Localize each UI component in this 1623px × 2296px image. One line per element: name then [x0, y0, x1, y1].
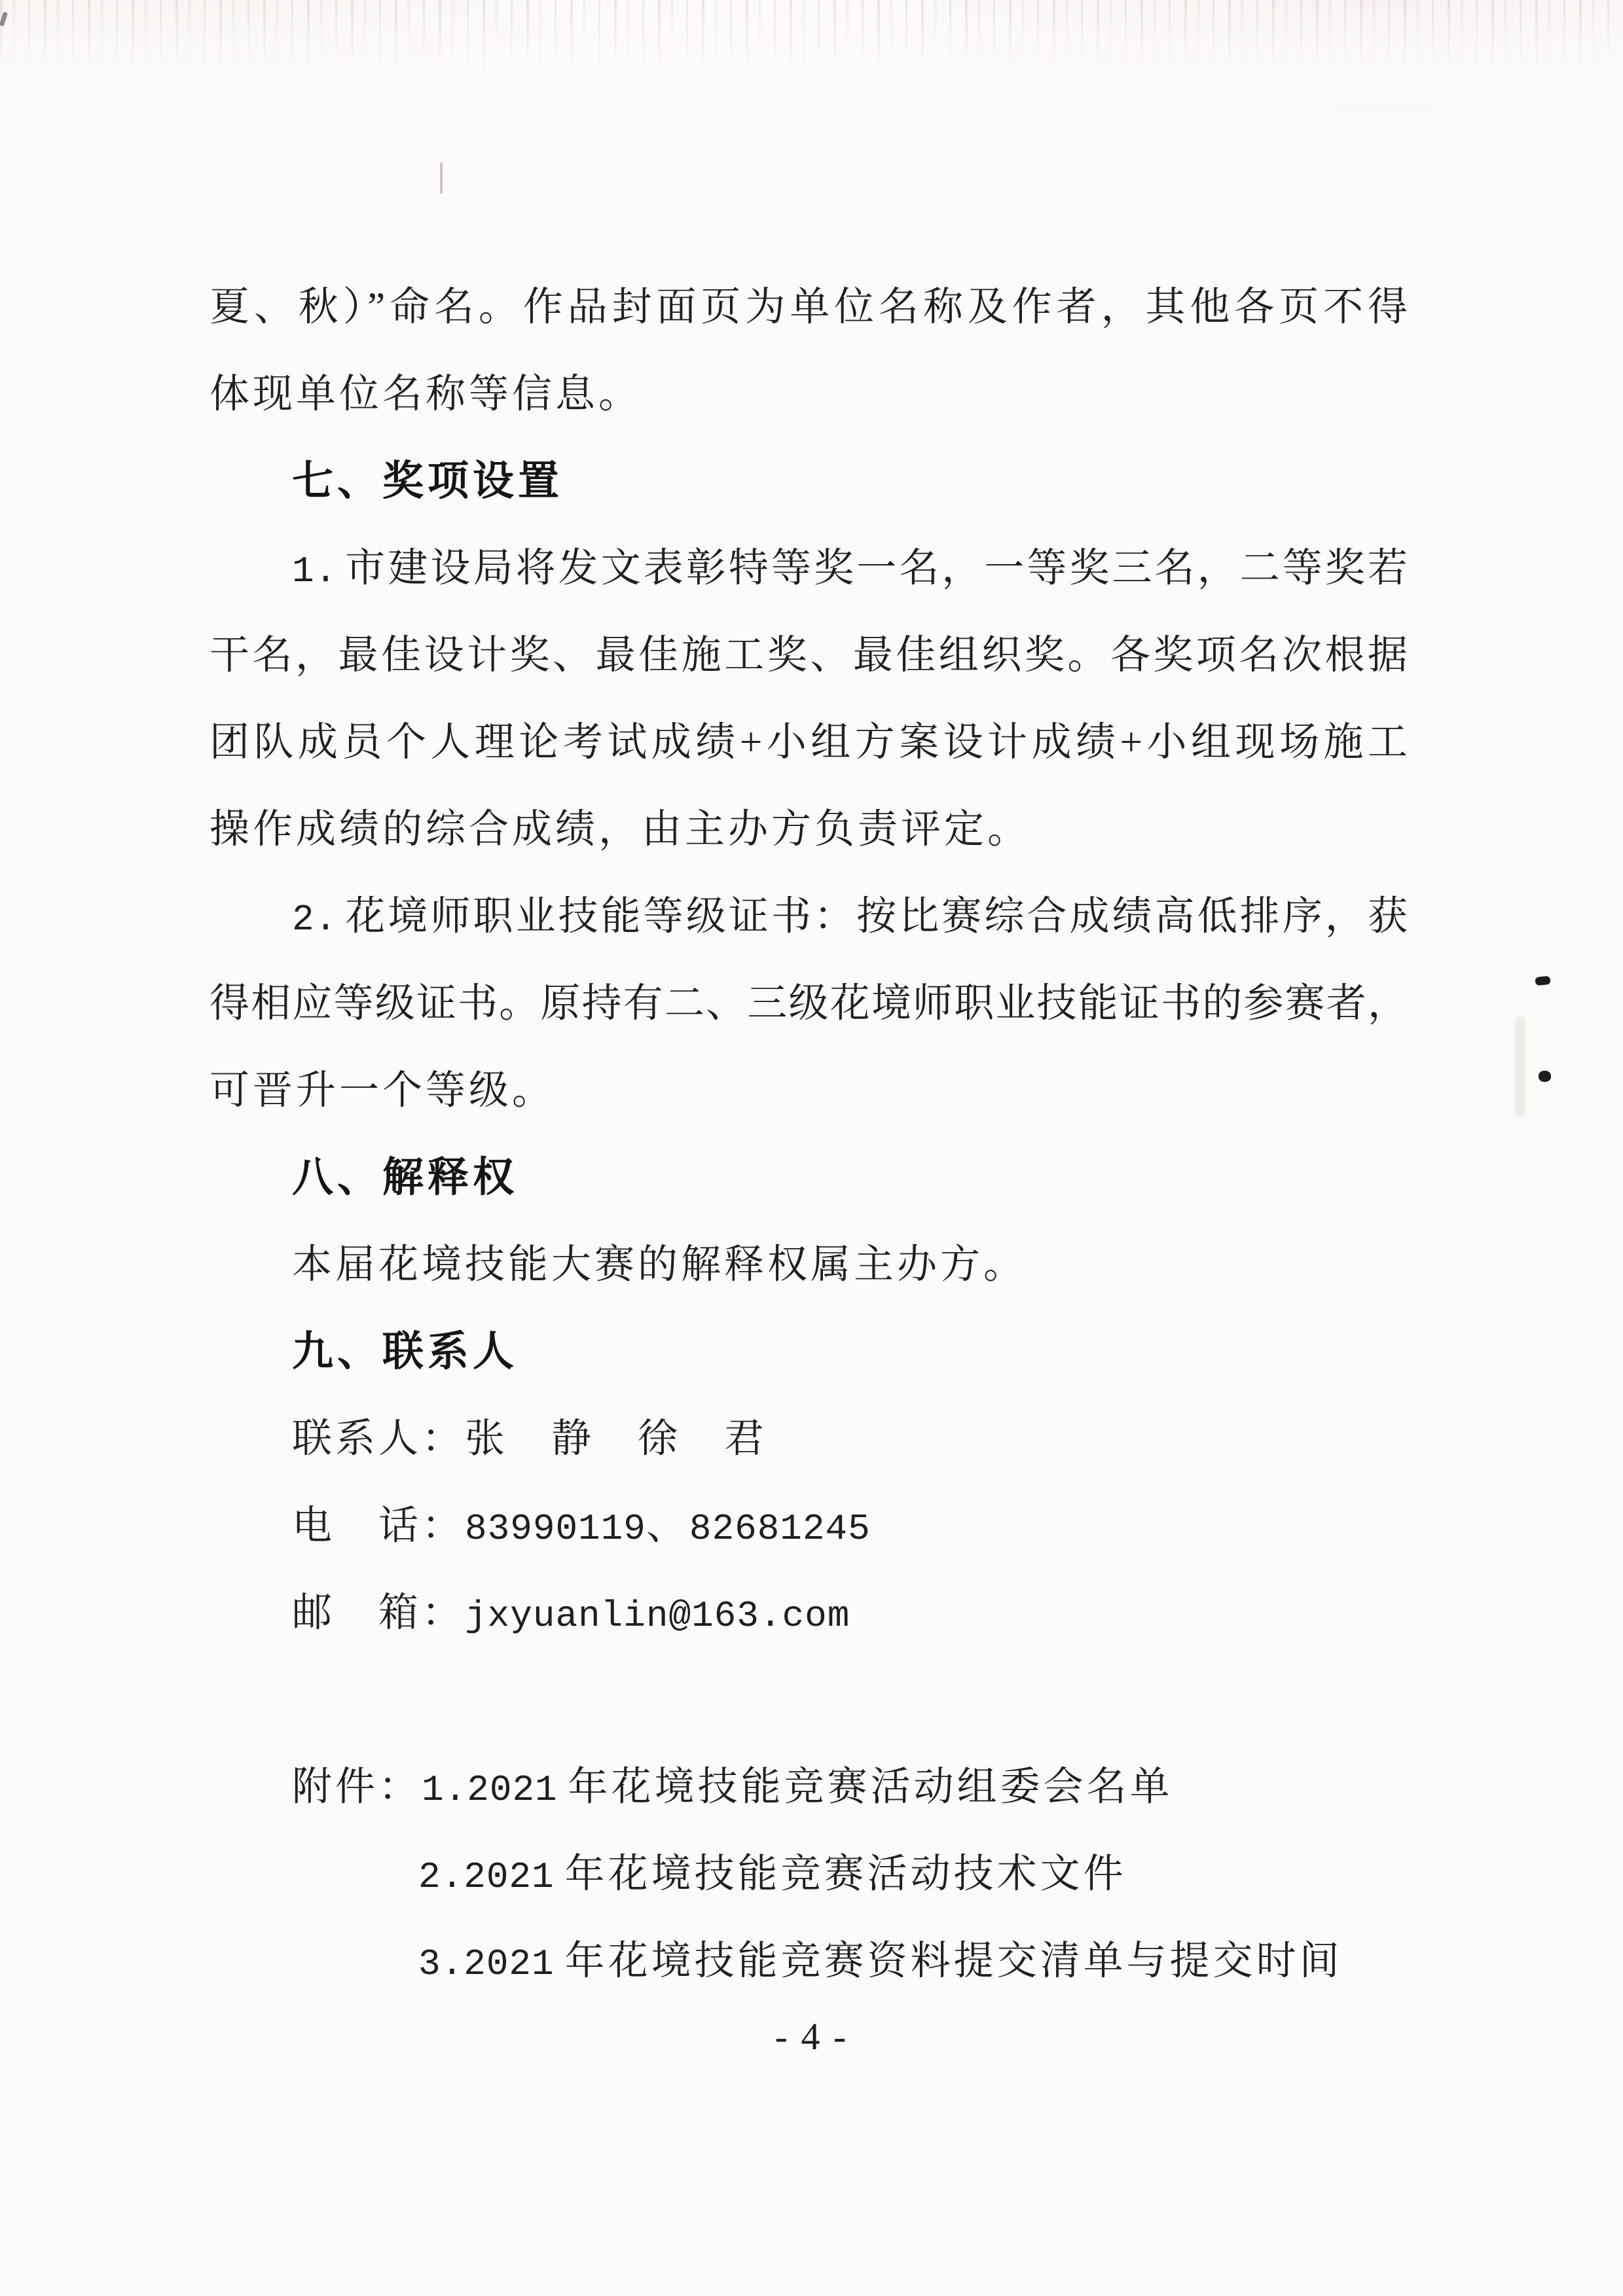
body-line: 团队成员个人理论考试成绩+小组方案设计成绩+小组现场施工	[210, 699, 1408, 786]
contact-phone-line: 电 话：83990119、82681245	[210, 1482, 1408, 1570]
body-line: 体现单位名称等信息。	[210, 351, 1408, 438]
scan-smudge	[440, 162, 443, 194]
page-number: - 4 -	[0, 1993, 1623, 2080]
attachment-number: 3.2021	[418, 1943, 555, 1985]
body-line: 得相应等级证书。原持有二、三级花境师职业技能证书的参赛者，	[210, 960, 1408, 1047]
ink-speck	[1539, 1071, 1551, 1082]
attachment-line: 附件：1.2021年花境技能竞赛活动组委会名单	[210, 1744, 1408, 1831]
attachments-label: 附件：	[292, 1765, 422, 1809]
contact-person-names: 张 静 徐 君	[465, 1417, 767, 1461]
contact-email-line: 邮 箱：jxyuanlin@163.com	[210, 1570, 1408, 1657]
body-text: 花境师职业技能等级证书：按比赛综合成绩高低排序，获	[342, 895, 1408, 939]
attachment-title: 年花境技能竞赛活动技术文件	[565, 1852, 1127, 1896]
attachment-line: 2.2021年花境技能竞赛活动技术文件	[210, 1831, 1408, 1918]
attachment-line: 3.2021年花境技能竞赛资料提交清单与提交时间	[210, 1918, 1408, 2005]
list-number: 2.	[292, 899, 337, 941]
attachment-title: 年花境技能竞赛资料提交清单与提交时间	[565, 1939, 1343, 1983]
contact-phone-number-1: 83990119	[465, 1508, 646, 1550]
section-heading-8: 八、解释权	[210, 1134, 1408, 1221]
section-heading-7: 七、奖项设置	[210, 438, 1408, 525]
body-line: 操作成绩的综合成绩，由主办方负责评定。	[210, 786, 1408, 873]
body-line: 本届花境技能大赛的解释权属主办方。	[210, 1221, 1408, 1308]
scan-smudge	[1515, 1016, 1525, 1117]
contact-email-label: 邮 箱：	[292, 1591, 465, 1635]
body-line: 干名，最佳设计奖、最佳施工奖、最佳组织奖。各奖项名次根据	[210, 612, 1408, 699]
body-line: 1.市建设局将发文表彰特等奖一名，一等奖三名，二等奖若	[210, 525, 1408, 612]
attachment-title: 年花境技能竞赛活动组委会名单	[568, 1765, 1173, 1809]
list-number: 1.	[292, 550, 337, 592]
contact-person-line: 联系人：张 静 徐 君	[210, 1395, 1408, 1482]
body-line: 可晋升一个等级。	[210, 1047, 1408, 1134]
document-body: 夏、秋）”命名。作品封面页为单位名称及作者，其他各页不得 体现单位名称等信息。 …	[210, 264, 1408, 2005]
body-line: 夏、秋）”命名。作品封面页为单位名称及作者，其他各页不得	[210, 264, 1408, 351]
body-text: 市建设局将发文表彰特等奖一名，一等奖三名，二等奖若	[342, 547, 1408, 590]
scanned-document-page: 夏、秋）”命名。作品封面页为单位名称及作者，其他各页不得 体现单位名称等信息。 …	[0, 0, 1623, 2296]
contact-phone-number-2: 82681245	[689, 1508, 871, 1550]
section-heading-9: 九、联系人	[210, 1308, 1408, 1395]
contact-person-label: 联系人：	[292, 1417, 465, 1461]
contact-email-address: jxyuanlin@163.com	[465, 1595, 850, 1637]
contact-phone-label: 电 话：	[292, 1504, 465, 1548]
scan-noise-band	[0, 0, 1623, 98]
attachment-number: 1.2021	[422, 1769, 558, 1811]
contact-phone-separator: 、	[646, 1504, 689, 1548]
attachment-number: 2.2021	[418, 1856, 555, 1898]
ink-speck	[1535, 976, 1550, 986]
blank-line	[210, 1657, 1408, 1744]
body-line: 2.花境师职业技能等级证书：按比赛综合成绩高低排序，获	[210, 873, 1408, 960]
